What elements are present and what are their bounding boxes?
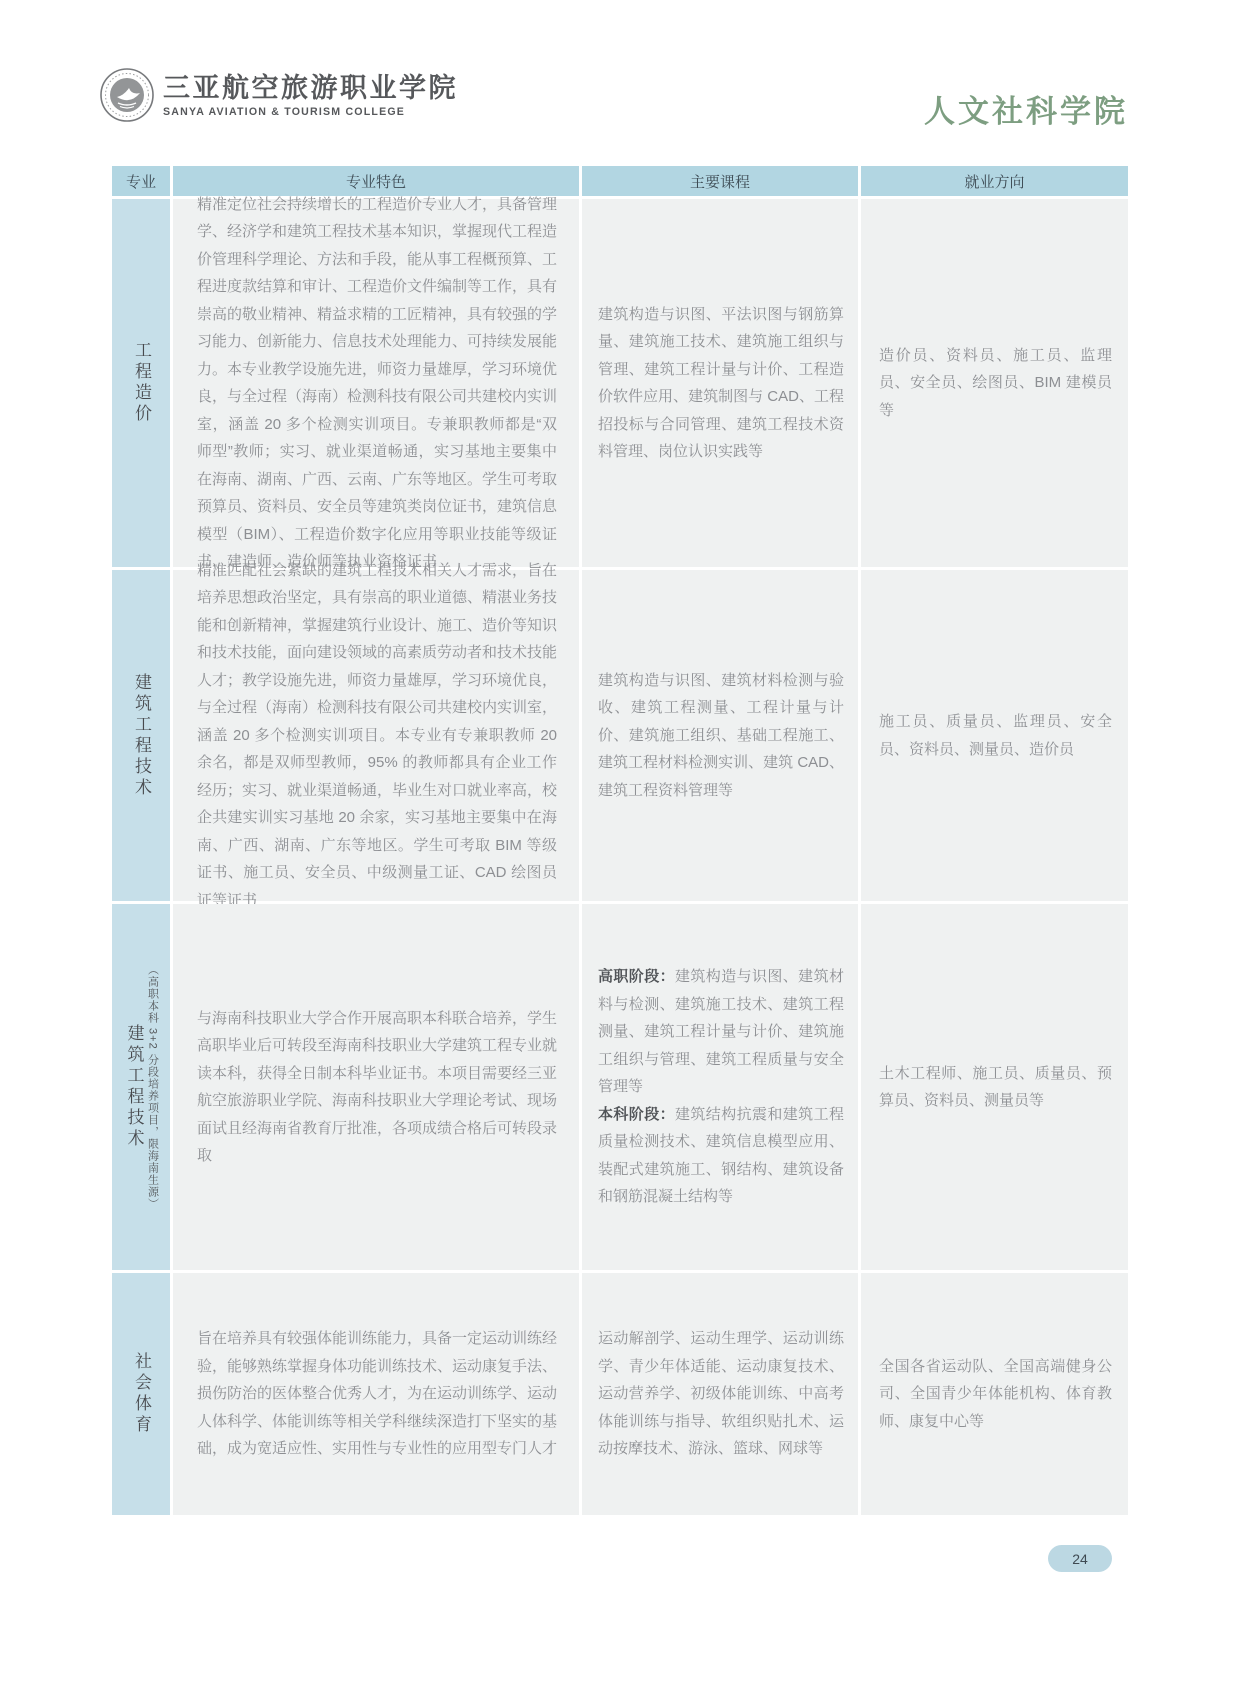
- major-note: （高职本科 3+2 分段培养项目，限海南生源）: [146, 964, 159, 1210]
- employment-text: 造价员、资料员、施工员、监理员、安全员、绘图员、BIM 建模员等: [861, 342, 1128, 425]
- features-cell: 精准匹配社会紧缺的建筑工程技术相关人才需求，旨在培养思想政治坚定，具有崇高的职业…: [173, 570, 579, 901]
- courses-text-vocational: 高职阶段：建筑构造与识图、建筑材料与检测、建筑施工技术、建筑工程测量、建筑工程计…: [582, 963, 858, 1101]
- major-name: 社会体育: [131, 1352, 151, 1436]
- courses-text-undergraduate: 本科阶段：建筑结构抗震和建筑工程质量检测技术、建筑信息模型应用、装配式建筑施工、…: [582, 1101, 858, 1211]
- courses-cell: 建筑构造与识图、建筑材料检测与验收、建筑工程测量、工程计量与计价、建筑施工组织、…: [582, 570, 858, 901]
- employment-cell: 土木工程师、施工员、质量员、预算员、资料员、测量员等: [861, 904, 1128, 1270]
- table-row: 工程造价 精准定位社会持续增长的工程造价专业人才，具备管理学、经济学和建筑工程技…: [112, 199, 1128, 567]
- courses-text: 运动解剖学、运动生理学、运动训练学、青少年体适能、运动康复技术、运动营养学、初级…: [582, 1325, 858, 1463]
- features-text: 精准匹配社会紧缺的建筑工程技术相关人才需求，旨在培养思想政治坚定，具有崇高的职业…: [173, 557, 579, 915]
- features-text: 与海南科技职业大学合作开展高职本科联合培养，学生高职毕业后可转段至海南科技职业大…: [173, 1005, 579, 1170]
- table-row: 社会体育 旨在培养具有较强体能训练能力，具备一定运动训练经验，能够熟练掌握身体功…: [112, 1273, 1128, 1515]
- employment-text: 土木工程师、施工员、质量员、预算员、资料员、测量员等: [861, 1060, 1128, 1115]
- page-title-department: 人文社科学院: [924, 86, 1128, 131]
- major-name: 建筑工程技术: [124, 1024, 144, 1150]
- employment-cell: 造价员、资料员、施工员、监理员、安全员、绘图员、BIM 建模员等: [861, 199, 1128, 567]
- brochure-page: 三亚航空旅游职业学院 SANYA AVIATION & TOURISM COLL…: [0, 0, 1241, 1684]
- college-name-cn: 三亚航空旅游职业学院: [163, 73, 458, 103]
- column-header-employment: 就业方向: [861, 166, 1128, 196]
- majors-table: 专业 专业特色 主要课程 就业方向 工程造价 精准定位社会持续增长的工程造价专业…: [112, 166, 1128, 1518]
- courses-stage-label: 高职阶段：: [598, 968, 675, 985]
- major-name: 建筑工程技术: [131, 673, 151, 799]
- courses-cell: 建筑构造与识图、平法识图与钢筋算量、建筑施工技术、建筑施工组织与管理、建筑工程计…: [582, 199, 858, 567]
- major-cell: 建筑工程技术 （高职本科 3+2 分段培养项目，限海南生源）: [112, 904, 170, 1270]
- features-cell: 旨在培养具有较强体能训练能力，具备一定运动训练经验，能够熟练掌握身体功能训练技术…: [173, 1273, 579, 1515]
- features-text: 旨在培养具有较强体能训练能力，具备一定运动训练经验，能够熟练掌握身体功能训练技术…: [173, 1325, 579, 1463]
- employment-text: 全国各省运动队、全国高端健身公司、全国青少年体能机构、体育教师、康复中心等: [861, 1353, 1128, 1436]
- college-logo-emblem: [100, 68, 154, 122]
- major-cell: 工程造价: [112, 199, 170, 567]
- college-name-en: SANYA AVIATION & TOURISM COLLEGE: [163, 106, 458, 118]
- courses-text: 建筑构造与识图、建筑材料检测与验收、建筑工程测量、工程计量与计价、建筑施工组织、…: [582, 667, 858, 805]
- employment-cell: 全国各省运动队、全国高端健身公司、全国青少年体能机构、体育教师、康复中心等: [861, 1273, 1128, 1515]
- college-logo: 三亚航空旅游职业学院 SANYA AVIATION & TOURISM COLL…: [100, 68, 458, 122]
- courses-text: 建筑构造与识图、平法识图与钢筋算量、建筑施工技术、建筑施工组织与管理、建筑工程计…: [582, 301, 858, 466]
- employment-text: 施工员、质量员、监理员、安全员、资料员、测量员、造价员: [861, 708, 1128, 763]
- courses-cell: 高职阶段：建筑构造与识图、建筑材料与检测、建筑施工技术、建筑工程测量、建筑工程计…: [582, 904, 858, 1270]
- features-cell: 精准定位社会持续增长的工程造价专业人才，具备管理学、经济学和建筑工程技术基本知识…: [173, 199, 579, 567]
- column-header-courses: 主要课程: [582, 166, 858, 196]
- features-cell: 与海南科技职业大学合作开展高职本科联合培养，学生高职毕业后可转段至海南科技职业大…: [173, 904, 579, 1270]
- major-cell: 建筑工程技术: [112, 570, 170, 901]
- page-number: 24: [1048, 1545, 1112, 1572]
- courses-cell: 运动解剖学、运动生理学、运动训练学、青少年体适能、运动康复技术、运动营养学、初级…: [582, 1273, 858, 1515]
- features-text: 精准定位社会持续增长的工程造价专业人才，具备管理学、经济学和建筑工程技术基本知识…: [173, 191, 579, 576]
- employment-cell: 施工员、质量员、监理员、安全员、资料员、测量员、造价员: [861, 570, 1128, 901]
- table-row: 建筑工程技术 （高职本科 3+2 分段培养项目，限海南生源） 与海南科技职业大学…: [112, 904, 1128, 1270]
- courses-stage-label: 本科阶段：: [598, 1106, 675, 1123]
- column-header-major: 专业: [112, 166, 170, 196]
- major-name: 工程造价: [131, 341, 151, 425]
- table-row: 建筑工程技术 精准匹配社会紧缺的建筑工程技术相关人才需求，旨在培养思想政治坚定，…: [112, 570, 1128, 901]
- major-cell: 社会体育: [112, 1273, 170, 1515]
